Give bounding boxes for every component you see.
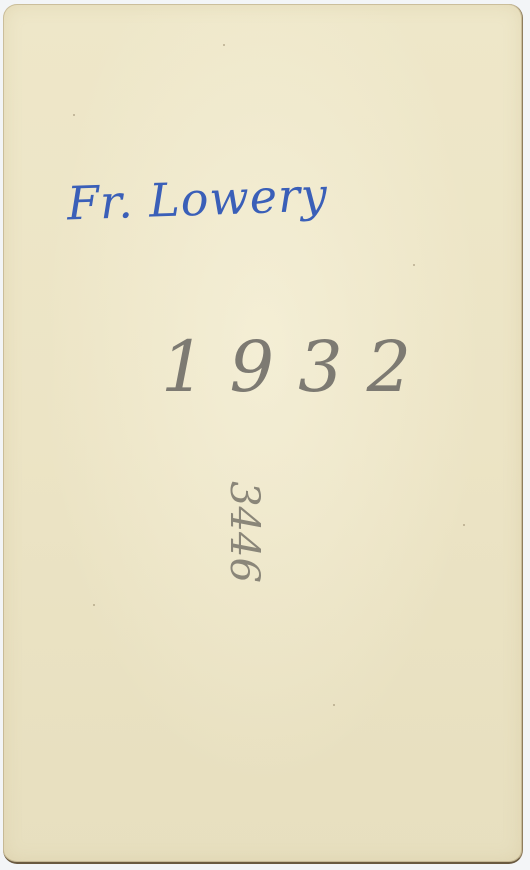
paper-speck [413,264,415,266]
paper-speck [223,44,225,46]
handwritten-name: Fr. Lowery [66,167,329,230]
photo-card-back: Fr. Lowery 1932 3446 [3,4,523,864]
paper-speck [333,704,335,706]
paper-speck [463,524,465,526]
paper-speck [73,114,75,116]
paper-speck [93,604,95,606]
handwritten-year: 1932 [161,326,435,408]
handwritten-code: 3446 [221,481,267,583]
